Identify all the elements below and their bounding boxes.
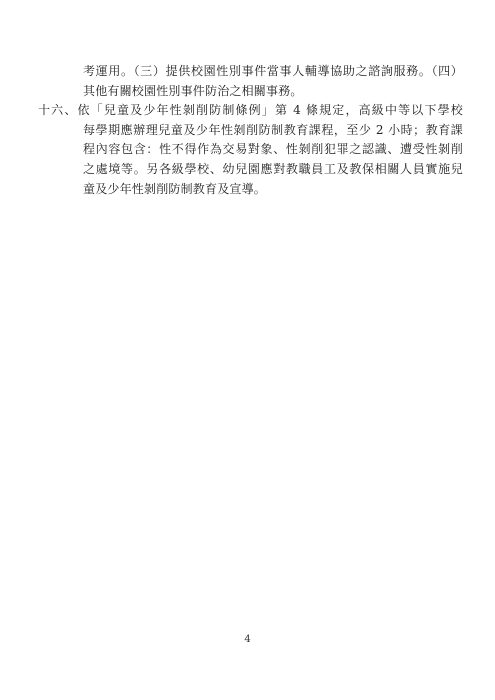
list-item-16-line-5: 童及少年性剝削防制教育及宣導。 (38, 180, 463, 200)
page-number: 4 (0, 633, 495, 647)
document-text-block: 考運用。（三）提供校園性別事件當事人輔導協助之諮詢服務。（四） 其他有關校園性別… (38, 62, 463, 199)
list-item-16-line-2: 每學期應辦理兒童及少年性剝削防制教育課程，至少 2 小時；教育課 (38, 121, 463, 141)
continuation-line-1: 考運用。（三）提供校園性別事件當事人輔導協助之諮詢服務。（四） (38, 62, 463, 82)
continuation-line-2: 其他有關校園性別事件防治之相關事務。 (38, 82, 463, 102)
list-item-16-line-3: 程內容包含：性不得作為交易對象、性剝削犯罪之認識、遭受性剝削 (38, 140, 463, 160)
document-page: 考運用。（三）提供校園性別事件當事人輔導協助之諮詢服務。（四） 其他有關校園性別… (0, 0, 495, 700)
list-item-16-line-4: 之處境等。另各級學校、幼兒園應對教職員工及教保相關人員實施兒 (38, 160, 463, 180)
list-item-16-line-1: 十六、依「兒童及少年性剝削防制條例」第 4 條規定，高級中等以下學校 (38, 101, 463, 121)
